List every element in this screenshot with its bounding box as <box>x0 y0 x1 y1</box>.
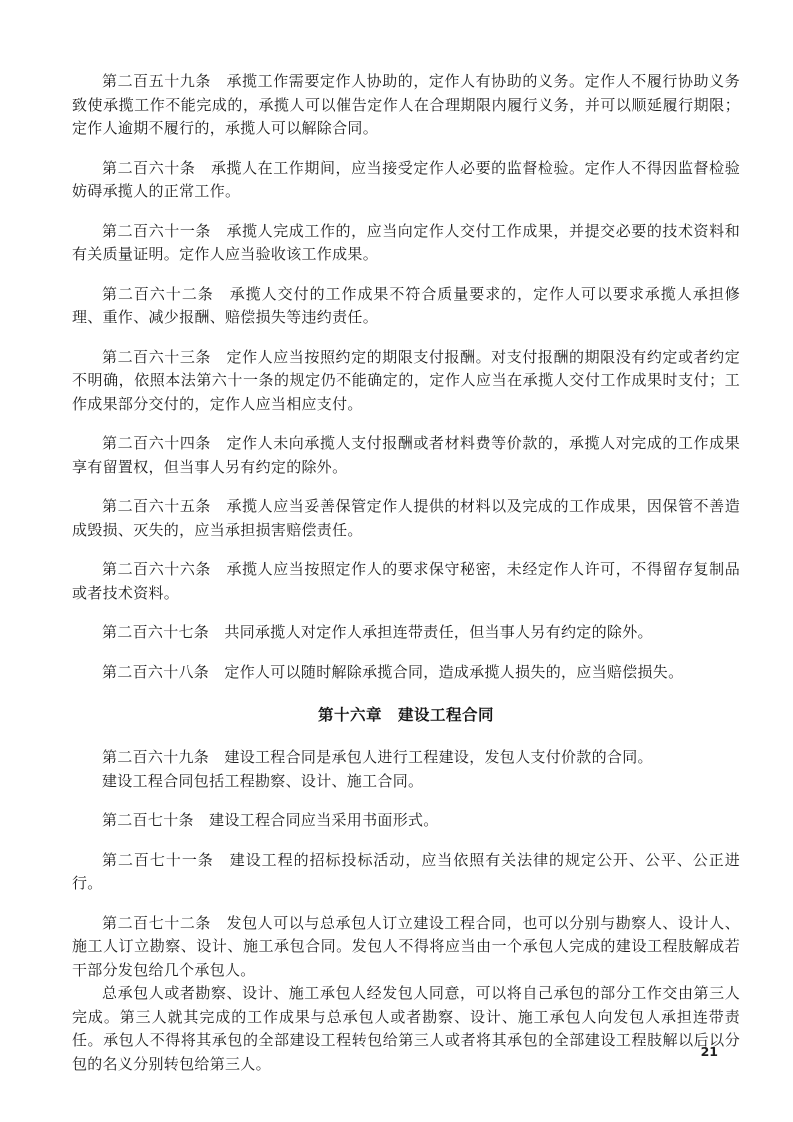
article-266-text: 第二百六十六条 承揽人应当按照定作人的要求保守秘密，未经定作人许可，不得留存复制… <box>72 559 740 606</box>
article-259-text: 第二百五十九条 承揽工作需要定作人协助的，定作人有协助的义务。定作人不履行协助义… <box>72 71 740 142</box>
article-272-text-2: 总承包人或者勘察、设计、施工承包人经发包人同意，可以将自己承包的部分工作交由第三… <box>72 983 740 1077</box>
article-262-text: 第二百六十二条 承揽人交付的工作成果不符合质量要求的，定作人可以要求承揽人承担修… <box>72 284 740 331</box>
article-271: 第二百七十一条 建设工程的招标投标活动，应当依照有关法律的规定公开、公平、公正进… <box>72 850 740 897</box>
page-number: 21 <box>701 1044 718 1059</box>
article-260: 第二百六十条 承揽人在工作期间，应当接受定作人必要的监督检验。定作人不得因监督检… <box>72 158 740 205</box>
article-264: 第二百六十四条 定作人未向承揽人支付报酬或者材料费等价款的，承揽人对完成的工作成… <box>72 433 740 480</box>
article-262: 第二百六十二条 承揽人交付的工作成果不符合质量要求的，定作人可以要求承揽人承担修… <box>72 284 740 331</box>
article-266: 第二百六十六条 承揽人应当按照定作人的要求保守秘密，未经定作人许可，不得留存复制… <box>72 559 740 606</box>
article-269-text: 第二百六十九条 建设工程合同是承包人进行工程建设，发包人支付价款的合同。 <box>72 747 740 771</box>
article-264-text: 第二百六十四条 定作人未向承揽人支付报酬或者材料费等价款的，承揽人对完成的工作成… <box>72 433 740 480</box>
document-content: 第二百五十九条 承揽工作需要定作人协助的，定作人有协助的义务。定作人不履行协助义… <box>72 71 740 1077</box>
article-267-text: 第二百六十七条 共同承揽人对定作人承担连带责任，但当事人另有约定的除外。 <box>72 622 740 646</box>
article-268-text: 第二百六十八条 定作人可以随时解除承揽合同，造成承揽人损失的，应当赔偿损失。 <box>72 662 740 686</box>
article-265-text: 第二百六十五条 承揽人应当妥善保管定作人提供的材料以及完成的工作成果，因保管不善… <box>72 496 740 543</box>
article-271-text: 第二百七十一条 建设工程的招标投标活动，应当依照有关法律的规定公开、公平、公正进… <box>72 850 740 897</box>
article-265: 第二百六十五条 承揽人应当妥善保管定作人提供的材料以及完成的工作成果，因保管不善… <box>72 496 740 543</box>
article-263-text: 第二百六十三条 定作人应当按照约定的期限支付报酬。对支付报酬的期限没有约定或者约… <box>72 347 740 418</box>
article-263: 第二百六十三条 定作人应当按照约定的期限支付报酬。对支付报酬的期限没有约定或者约… <box>72 347 740 418</box>
article-270: 第二百七十条 建设工程合同应当采用书面形式。 <box>72 810 740 834</box>
document-page: 第二百五十九条 承揽工作需要定作人协助的，定作人有协助的义务。定作人不履行协助义… <box>0 0 793 1122</box>
article-261-text: 第二百六十一条 承揽人完成工作的，应当向定作人交付工作成果，并提交必要的技术资料… <box>72 221 740 268</box>
article-269-text-2: 建设工程合同包括工程勘察、设计、施工合同。 <box>72 771 740 795</box>
article-270-text: 第二百七十条 建设工程合同应当采用书面形式。 <box>72 810 740 834</box>
article-269: 第二百六十九条 建设工程合同是承包人进行工程建设，发包人支付价款的合同。 建设工… <box>72 747 740 794</box>
chapter-16-heading: 第十六章 建设工程合同 <box>72 704 740 728</box>
article-267: 第二百六十七条 共同承揽人对定作人承担连带责任，但当事人另有约定的除外。 <box>72 622 740 646</box>
article-260-text: 第二百六十条 承揽人在工作期间，应当接受定作人必要的监督检验。定作人不得因监督检… <box>72 158 740 205</box>
article-261: 第二百六十一条 承揽人完成工作的，应当向定作人交付工作成果，并提交必要的技术资料… <box>72 221 740 268</box>
article-259: 第二百五十九条 承揽工作需要定作人协助的，定作人有协助的义务。定作人不履行协助义… <box>72 71 740 142</box>
article-272: 第二百七十二条 发包人可以与总承包人订立建设工程合同，也可以分别与勘察人、设计人… <box>72 913 740 1078</box>
article-268: 第二百六十八条 定作人可以随时解除承揽合同，造成承揽人损失的，应当赔偿损失。 <box>72 662 740 686</box>
article-272-text: 第二百七十二条 发包人可以与总承包人订立建设工程合同，也可以分别与勘察人、设计人… <box>72 913 740 984</box>
